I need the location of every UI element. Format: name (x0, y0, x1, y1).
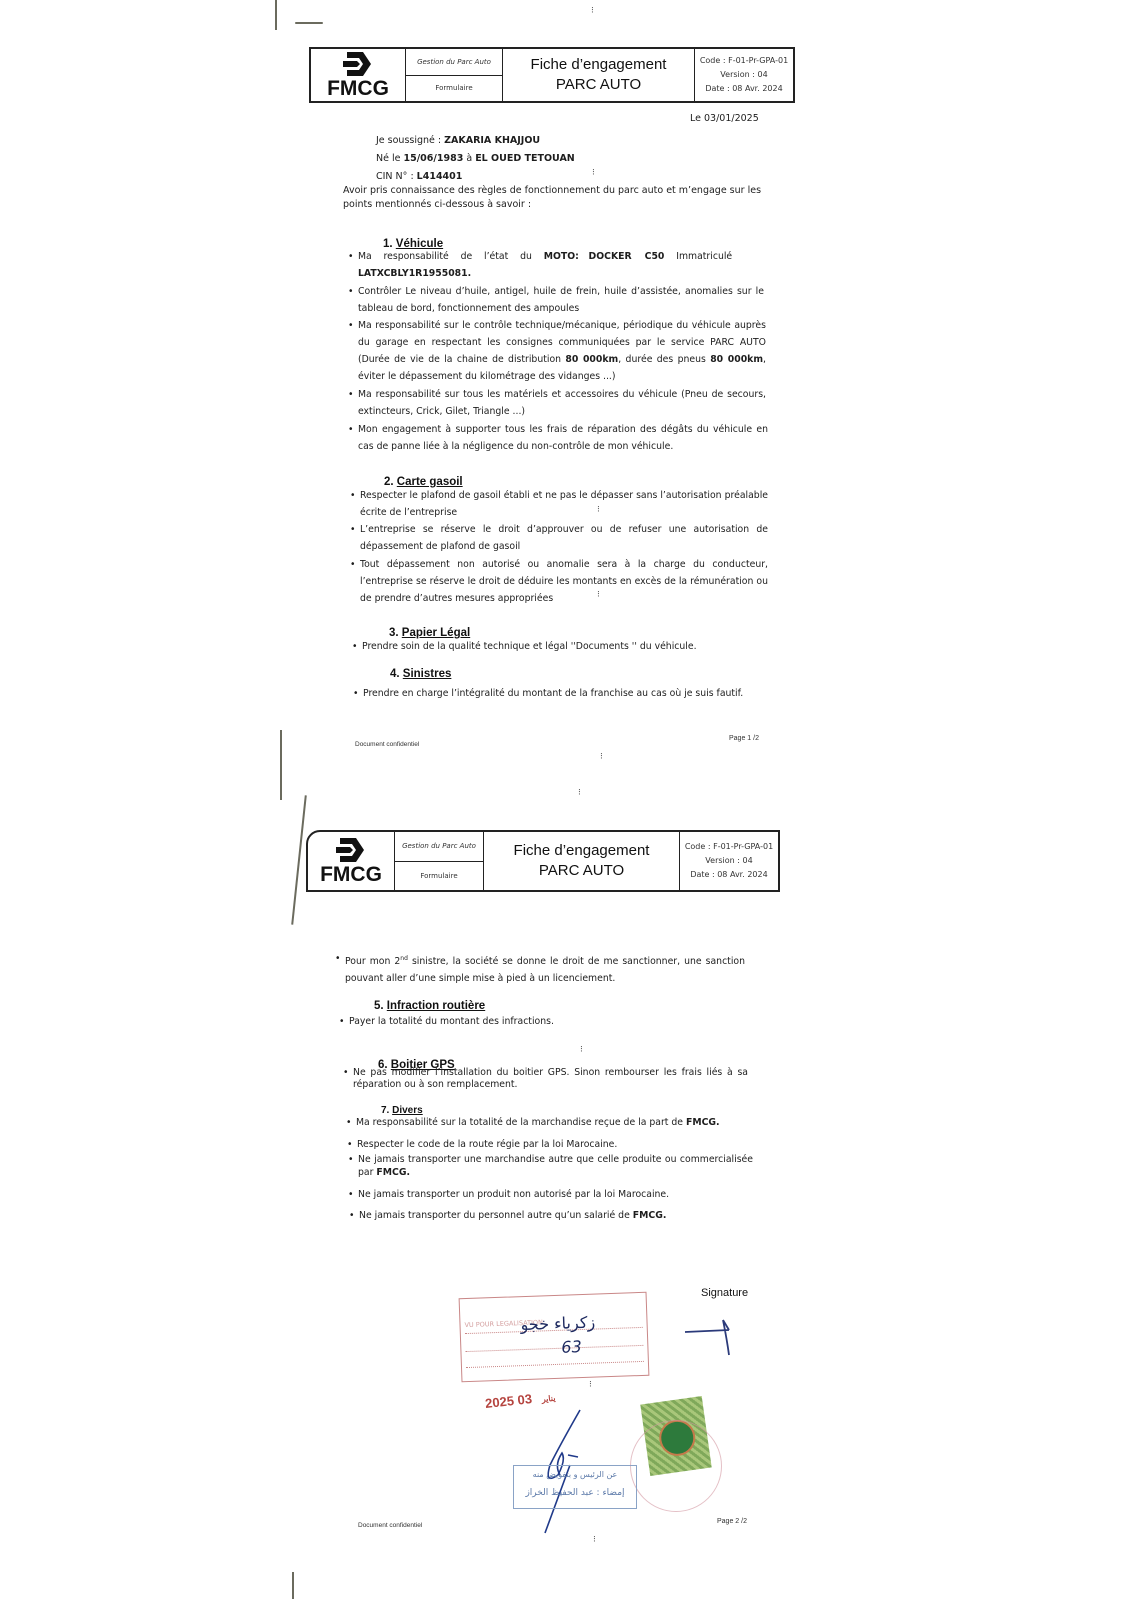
section-1-bullet-3: Ma responsabilité sur le contrôle techni… (358, 317, 766, 385)
doc-title-line1: Fiche d’engagement (514, 841, 650, 861)
doc-date: Date : 08 Avr. 2024 (690, 868, 767, 882)
section-7-bullet-2: Respecter le code de la route régie par … (357, 1136, 757, 1153)
doc-code: Code : F-01-Pr-GPA-01 (700, 54, 788, 68)
doc-type-label: Formulaire (406, 76, 502, 102)
company-logo: FMCG (311, 49, 406, 101)
section-1-bullet-1: Ma responsabilité de l’état du MOTO: DOC… (358, 248, 764, 282)
scan-dot-mark: ⁝ (597, 590, 600, 600)
section-5-heading: 5. Infraction routière (374, 1000, 485, 1012)
delegation-stamp: عن الرئيس و بتفويض منه إمضاء : عبد الحفي… (513, 1465, 637, 1509)
page-2: ⁝ FMCG Gestion du Parc Auto Formulaire F… (0, 780, 1131, 1599)
section-6-bullet-1: Ne pas modifier l’installation du boitie… (353, 1067, 748, 1091)
section-1-bullet-2: Contrôler Le niveau d’huile, antigel, hu… (358, 283, 764, 317)
document-date: Le 03/01/2025 (690, 110, 759, 127)
delegation-stamp-line-2: إمضاء : عبد الحفيظ الخراز (514, 1484, 636, 1502)
doc-date: Date : 08 Avr. 2024 (705, 82, 782, 96)
department-label: Gestion du Parc Auto (406, 49, 502, 76)
signature-label: Signature (701, 1287, 748, 1299)
identity-cin-line: CIN N° : L414401 (376, 168, 462, 185)
doc-title-line1: Fiche d’engagement (531, 55, 667, 75)
doc-title-line2: PARC AUTO (556, 75, 641, 95)
scan-dot-mark: ⁝ (600, 752, 603, 762)
doc-type-label: Formulaire (395, 862, 483, 891)
cin-number: L414401 (417, 171, 463, 182)
section-7-bullet-5: Ne jamais transporter du personnel autre… (359, 1207, 759, 1224)
section-1-bullet-5: Mon engagement à supporter tous les frai… (358, 421, 768, 455)
section-2-bullet-1: Respecter le plafond de gasoil établi et… (360, 487, 768, 521)
scan-dot-mark: ⁝ (580, 1045, 583, 1055)
company-logo: FMCG (308, 832, 395, 890)
scan-dot-mark: ⁝ (592, 168, 595, 178)
section-3-bullet-1: Prendre soin de la qualité technique et … (362, 638, 782, 655)
legalization-stamp: VU POUR LEGALISATION زكرياء خجو 63 (459, 1292, 650, 1383)
section-7-bullet-3: Ne jamais transporter une marchandise au… (358, 1153, 753, 1179)
scan-dot-mark: ⁝ (589, 1380, 592, 1390)
document-header: FMCG Gestion du Parc Auto Formulaire Fic… (309, 47, 795, 103)
company-name: FMCG (327, 78, 389, 100)
section-7-bullet-1: Ma responsabilité sur la totalité de la … (356, 1114, 756, 1131)
scan-dot-mark: ⁝ (591, 6, 594, 16)
page-2-footer-confidential: Document confidentiel (358, 1522, 422, 1529)
page-1: FMCG Gestion du Parc Auto Formulaire Fic… (0, 0, 1131, 780)
page-1-footer-confidential: Document confidentiel (355, 741, 419, 748)
doc-version: Version : 04 (720, 68, 767, 82)
birth-date: 15/06/1983 (403, 153, 463, 164)
identity-name-line: Je soussigné : ZAKARIA KHAJJOU (376, 132, 540, 149)
section-4-continued-bullet: Pour mon 2nd sinistre, la société se don… (345, 950, 745, 987)
section-4-heading: 4. Sinistres (390, 668, 451, 680)
fmcg-arrow-logo-icon (341, 50, 375, 78)
stamp-handwritten-name: زكرياء خجو (520, 1313, 595, 1335)
scan-dot-mark: ⁝ (597, 505, 600, 515)
doc-version: Version : 04 (705, 854, 752, 868)
doc-code: Code : F-01-Pr-GPA-01 (685, 840, 773, 854)
intro-paragraph: Avoir pris connaissance des règles de fo… (343, 184, 768, 212)
document-header-page-2: FMCG Gestion du Parc Auto Formulaire Fic… (306, 830, 780, 892)
scan-dot-mark: ⁝ (578, 788, 581, 798)
section-1-bullet-4: Ma responsabilité sur tous les matériels… (358, 386, 766, 420)
section-2-bullet-2: L’entreprise se réserve le droit d’appro… (360, 521, 768, 555)
page-1-footer-page-number: Page 1 /2 (729, 735, 759, 742)
page-2-footer-page-number: Page 2 /2 (717, 1518, 747, 1525)
section-5-bullet-1: Payer la totalité du montant des infract… (349, 1013, 749, 1030)
section-4-bullet-1: Prendre en charge l’intégralité du monta… (363, 685, 783, 702)
delegation-stamp-line-1: عن الرئيس و بتفويض منه (514, 1466, 636, 1484)
doc-title-line2: PARC AUTO (539, 861, 624, 881)
employee-name: ZAKARIA KHAJJOU (444, 135, 540, 146)
identity-birth-line: Né le 15/06/1983 à EL OUED TETOUAN (376, 150, 575, 167)
scan-dot-mark: ⁝ (593, 1535, 596, 1545)
company-name: FMCG (320, 864, 382, 886)
department-label: Gestion du Parc Auto (395, 832, 483, 862)
birth-place: EL OUED TETOUAN (475, 153, 575, 164)
employee-signature-icon (683, 1310, 743, 1360)
section-2-bullet-3: Tout dépassement non autorisé ou anomali… (360, 556, 768, 607)
fmcg-arrow-logo-icon (334, 836, 368, 864)
round-seal-stamp (630, 1420, 722, 1512)
section-7-bullet-4: Ne jamais transporter un produit non aut… (358, 1186, 758, 1203)
stamp-handwritten-number: 63 (561, 1337, 582, 1357)
